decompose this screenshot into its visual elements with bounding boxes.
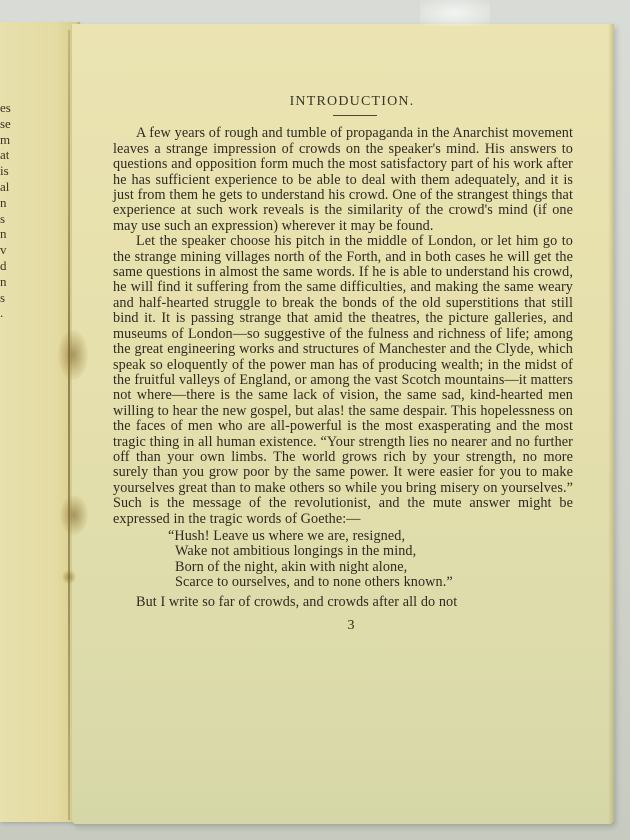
title-rule-divider <box>333 115 377 116</box>
left-page-fragment: . <box>0 305 14 321</box>
paragraph-1: A few years of rough and tumble of propa… <box>113 126 573 234</box>
left-page-fragment: n <box>0 195 14 211</box>
binding-gutter <box>68 30 70 820</box>
continuation-line: But I write so far of crowds, and crowds… <box>113 595 573 610</box>
left-page-fragment: d <box>0 258 14 274</box>
left-page-fragment: m <box>0 132 14 148</box>
left-page-fragment: es <box>0 100 14 116</box>
page-number: 3 <box>129 618 573 633</box>
light-glare <box>420 0 490 26</box>
rust-stain-lower <box>60 495 88 535</box>
rust-stain-upper <box>58 330 88 380</box>
verse-line-4: Scarce to ourselves, and to none others … <box>175 575 573 590</box>
left-page-fragment: se <box>0 116 14 132</box>
verse-line-1: “Hush! Leave us where we are, resigned, <box>175 529 573 544</box>
verse-line-3: Born of the night, akin with night alone… <box>175 560 573 575</box>
left-page-fragment: s <box>0 290 14 306</box>
left-page-fragment: n <box>0 274 14 290</box>
paragraph-2: Let the speaker choose his pitch in the … <box>113 234 573 527</box>
left-page-fragment: v <box>0 242 14 258</box>
left-page-fragment: al <box>0 179 14 195</box>
left-page-fragment: n <box>0 226 14 242</box>
left-page-fragment: s <box>0 211 14 227</box>
left-page-text-fragments: essematisalnsnvdns. <box>0 100 14 321</box>
verse-line-2: Wake not ambitious longings in the mind, <box>175 544 573 559</box>
page-text-block: INTRODUCTION. A few years of rough and t… <box>113 94 573 633</box>
goethe-verse-quote: “Hush! Leave us where we are, resigned, … <box>175 529 573 591</box>
chapter-title: INTRODUCTION. <box>131 94 573 109</box>
left-page-fragment: is <box>0 163 14 179</box>
rust-stain-small <box>62 570 76 584</box>
left-page-fragment: at <box>0 147 14 163</box>
right-page: INTRODUCTION. A few years of rough and t… <box>72 24 614 824</box>
